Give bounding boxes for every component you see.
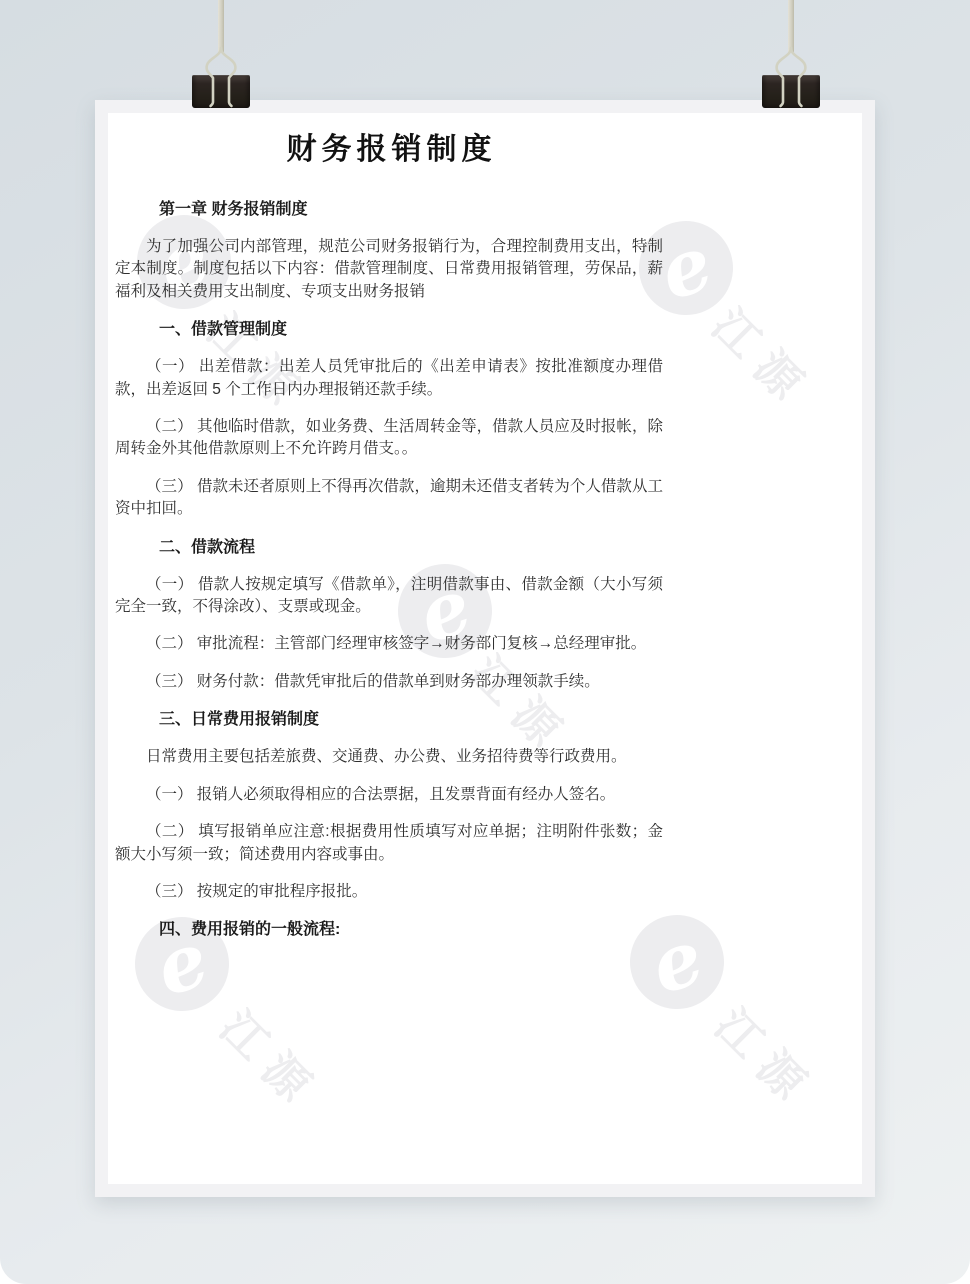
chapter-heading: 第一章 财务报销制度 xyxy=(159,199,663,221)
paragraph: 日常费用主要包括差旅费、交通费、办公费、业务招待费等行政费用。 xyxy=(115,746,663,768)
poster-scene: e e e e e 江源 江源 江源 江源 江源 财务报销制度 第一章 财务报销… xyxy=(0,0,970,1284)
paragraph: （二） 其他临时借款，如业务费、生活周转金等，借款人员应及时报帐，除周转金外其他… xyxy=(115,416,663,461)
paragraph: （三） 借款未还者原则上不得再次借款，逾期未还借支者转为个人借款从工资中扣回。 xyxy=(115,476,663,521)
paragraph: （一） 出差借款：出差人员凭审批后的《出差申请表》按批准额度办理借款，出差返回 … xyxy=(115,356,663,401)
section-heading-2: 二、借款流程 xyxy=(159,537,663,559)
paragraph: （二） 填写报销单应注意:根据费用性质填写对应单据；注明附件张数；金额大小写须一… xyxy=(115,821,663,866)
binder-clip-handle-icon xyxy=(198,46,244,110)
paragraph: （三） 财务付款：借款凭审批后的借款单到财务部办理领款手续。 xyxy=(115,671,663,693)
section-heading-1: 一、借款管理制度 xyxy=(159,319,663,341)
watermark-text: 江源 xyxy=(703,991,832,1120)
section-heading-3: 三、日常费用报销制度 xyxy=(159,709,663,731)
paragraph: （二） 审批流程：主管部门经理审核签字→财务部门复核→总经理审批。 xyxy=(115,633,663,655)
hanging-string-left xyxy=(218,0,224,52)
hanging-string-right xyxy=(788,0,794,52)
section-heading-4: 四、费用报销的一般流程: xyxy=(159,919,663,941)
paragraph: （一） 报销人必须取得相应的合法票据，且发票背面有经办人签名。 xyxy=(115,784,663,806)
paragraph: （三） 按规定的审批程序报批。 xyxy=(115,881,663,903)
paragraph: （一） 借款人按规定填写《借款单》，注明借款事由、借款金额（大小写须完全一致，不… xyxy=(115,574,663,619)
page-title: 财务报销制度 xyxy=(115,131,663,169)
watermark-text: 江源 xyxy=(700,291,829,420)
document-content: 财务报销制度 第一章 财务报销制度 为了加强公司内部管理，规范公司财务报销行为，… xyxy=(115,131,663,956)
binder-clip-handle-icon xyxy=(768,46,814,110)
intro-paragraph: 为了加强公司内部管理，规范公司财务报销行为，合理控制费用支出，特制定本制度。制度… xyxy=(115,236,663,303)
watermark-text: 江源 xyxy=(208,993,337,1122)
